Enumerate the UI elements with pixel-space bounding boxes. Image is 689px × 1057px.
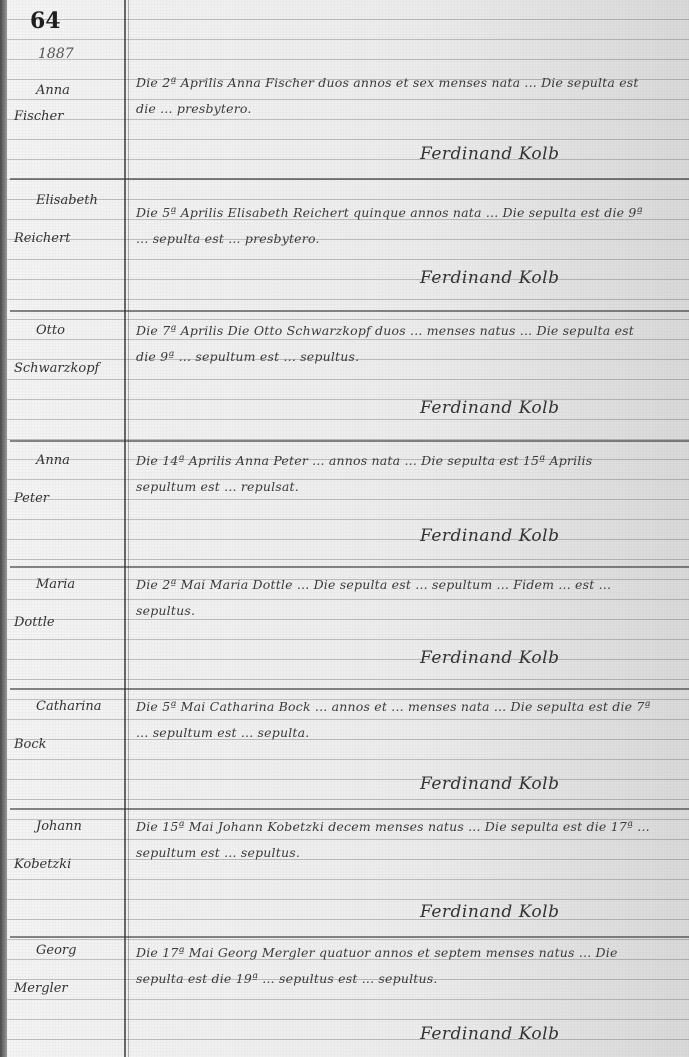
entry-names: Anna Fischer	[14, 80, 122, 128]
entry-text: Die 5ª Mai Catharina Bock ... annos et .…	[136, 694, 656, 746]
entry-divider	[10, 566, 689, 568]
entry-given-name: Catharina	[14, 696, 122, 718]
entry-surname: Fischer	[14, 106, 122, 128]
entry-text: Die 2ª Aprilis Anna Fischer duos annos e…	[136, 70, 656, 122]
register-entry: Georg Mergler Die 17ª Mai Georg Mergler …	[0, 940, 689, 1057]
entry-surname: Reichert	[14, 228, 122, 250]
entry-surname: Dottle	[14, 612, 122, 634]
entry-signature: Ferdinand Kolb	[420, 1024, 660, 1044]
page-number: 64	[30, 8, 61, 34]
entry-signature: Ferdinand Kolb	[420, 648, 660, 668]
entry-names: Maria Dottle	[14, 574, 122, 634]
entry-names: Georg Mergler	[14, 940, 122, 1000]
entry-names: Catharina Bock	[14, 696, 122, 756]
entry-signature: Ferdinand Kolb	[420, 398, 660, 418]
register-entry: Elisabeth Reichert Die 5ª Aprilis Elisab…	[0, 180, 689, 310]
entry-names: Otto Schwarzkopf	[14, 320, 122, 380]
entry-text: Die 14ª Aprilis Anna Peter ... annos nat…	[136, 448, 656, 500]
entry-names: Elisabeth Reichert	[14, 190, 122, 250]
register-entry: Catharina Bock Die 5ª Mai Catharina Bock…	[0, 694, 689, 804]
entry-divider	[10, 688, 689, 690]
entry-surname: Kobetzki	[14, 854, 122, 876]
entry-divider	[10, 936, 689, 938]
entry-names: Johann Kobetzki	[14, 816, 122, 876]
entry-names: Anna Peter	[14, 450, 122, 510]
entry-text: Die 2ª Mai Maria Dottle ... Die sepulta …	[136, 572, 656, 624]
entry-given-name: Johann	[14, 816, 122, 838]
register-page: 64 1887 Anna Fischer Die 2ª Aprilis Anna…	[0, 0, 689, 1057]
entry-given-name: Otto	[14, 320, 122, 342]
entry-text: Die 17ª Mai Georg Mergler quatuor annos …	[136, 940, 656, 992]
entry-given-name: Anna	[14, 80, 122, 102]
register-year: 1887	[38, 46, 74, 62]
register-entry: Anna Fischer Die 2ª Aprilis Anna Fischer…	[0, 70, 689, 175]
entry-text: Die 15ª Mai Johann Kobetzki decem menses…	[136, 814, 656, 866]
entry-given-name: Maria	[14, 574, 122, 596]
entry-divider	[10, 440, 689, 442]
entry-divider	[10, 808, 689, 810]
entry-surname: Bock	[14, 734, 122, 756]
entry-signature: Ferdinand Kolb	[420, 144, 660, 164]
entry-text: Die 5ª Aprilis Elisabeth Reichert quinqu…	[136, 200, 656, 252]
entry-signature: Ferdinand Kolb	[420, 774, 660, 794]
entry-divider	[10, 310, 689, 312]
entry-text: Die 7ª Aprilis Die Otto Schwarzkopf duos…	[136, 318, 656, 370]
register-entry: Anna Peter Die 14ª Aprilis Anna Peter ..…	[0, 448, 689, 568]
entry-surname: Schwarzkopf	[14, 358, 122, 380]
entry-surname: Mergler	[14, 978, 122, 1000]
register-entry: Maria Dottle Die 2ª Mai Maria Dottle ...…	[0, 572, 689, 692]
entry-given-name: Anna	[14, 450, 122, 472]
entry-signature: Ferdinand Kolb	[420, 526, 660, 546]
entry-given-name: Elisabeth	[14, 190, 122, 212]
register-entry: Johann Kobetzki Die 15ª Mai Johann Kobet…	[0, 814, 689, 934]
entry-given-name: Georg	[14, 940, 122, 962]
entry-signature: Ferdinand Kolb	[420, 268, 660, 288]
entry-surname: Peter	[14, 488, 122, 510]
register-entry: Otto Schwarzkopf Die 7ª Aprilis Die Otto…	[0, 318, 689, 438]
entry-signature: Ferdinand Kolb	[420, 902, 660, 922]
